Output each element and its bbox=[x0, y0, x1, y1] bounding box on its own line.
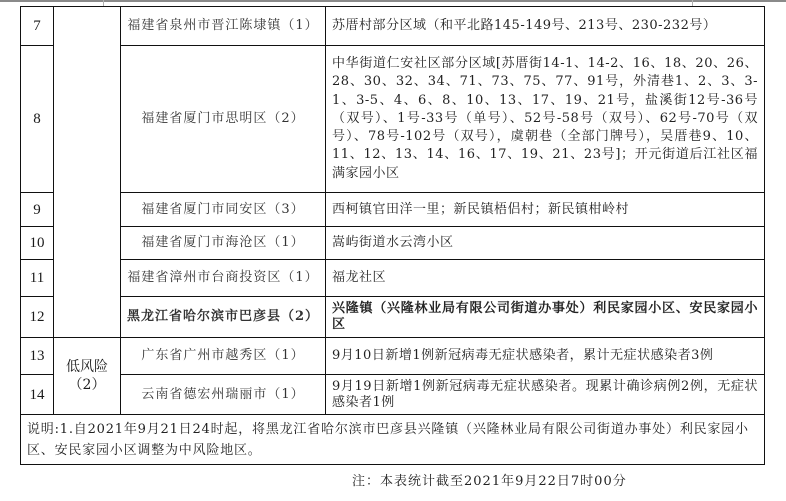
page-top-rule bbox=[0, 0, 786, 2]
area-cell: 9月19日新增1例新冠病毒无症状感染者。现累计确诊病例2例，无症状感染者1例 bbox=[326, 375, 765, 415]
row-number: 13 bbox=[21, 338, 54, 375]
region-cell: 广东省广州市越秀区（1） bbox=[121, 338, 326, 375]
risk-level-label: 低风险 bbox=[60, 358, 114, 376]
notes-cell: 说明:1.自2021年9月21日24时起，将黑龙江省哈尔滨市巴彦县兴隆镇（兴隆林… bbox=[21, 415, 765, 465]
area-cell: 9月10日新增1例新冠病毒无症状感染者，累计无症状感染者3例 bbox=[326, 338, 765, 375]
table-row: 12 黑龙江省哈尔滨市巴彦县（2） 兴隆镇（兴隆林业局有限公司街道办事处）利民家… bbox=[21, 297, 765, 338]
region-cell: 福建省厦门市同安区（3） bbox=[121, 193, 326, 227]
area-cell: 中华街道仁安社区部分区域[苏厝街14-1、14-2、16、18、20、26、28… bbox=[326, 46, 765, 193]
area-cell: 苏厝村部分区域（和平北路145-149号、213号、230-232号） bbox=[326, 7, 765, 46]
region-cell: 黑龙江省哈尔滨市巴彦县（2） bbox=[121, 297, 326, 338]
region-cell: 福建省厦门市思明区（2） bbox=[121, 46, 326, 193]
risk-area-table: 7 福建省泉州市晋江陈埭镇（1） 苏厝村部分区域（和平北路145-149号、21… bbox=[20, 6, 765, 465]
row-number: 10 bbox=[21, 227, 54, 260]
risk-level-cell-empty bbox=[54, 7, 121, 338]
table-row: 13 低风险 （2） 广东省广州市越秀区（1） 9月10日新增1例新冠病毒无症状… bbox=[21, 338, 765, 375]
row-number: 9 bbox=[21, 193, 54, 227]
table-row: 8 福建省厦门市思明区（2） 中华街道仁安社区部分区域[苏厝街14-1、14-2… bbox=[21, 46, 765, 193]
table-row: 14 云南省德宏州瑞丽市（1） 9月19日新增1例新冠病毒无症状感染者。现累计确… bbox=[21, 375, 765, 415]
row-number: 11 bbox=[21, 260, 54, 297]
row-number: 12 bbox=[21, 297, 54, 338]
table-row: 10 福建省厦门市海沧区（1） 嵩屿街道水云湾小区 bbox=[21, 227, 765, 260]
notes-row: 说明:1.自2021年9月21日24时起，将黑龙江省哈尔滨市巴彦县兴隆镇（兴隆林… bbox=[21, 415, 765, 465]
risk-level-count: （2） bbox=[60, 376, 114, 394]
area-cell: 福龙社区 bbox=[326, 260, 765, 297]
region-cell: 福建省漳州市台商投资区（1） bbox=[121, 260, 326, 297]
table-row: 11 福建省漳州市台商投资区（1） 福龙社区 bbox=[21, 260, 765, 297]
region-cell: 云南省德宏州瑞丽市（1） bbox=[121, 375, 326, 415]
area-cell: 西柯镇官田洋一里；新民镇梧侣村；新民镇柑岭村 bbox=[326, 193, 765, 227]
region-cell: 福建省泉州市晋江陈埭镇（1） bbox=[121, 7, 326, 46]
row-number: 8 bbox=[21, 46, 54, 193]
table-row: 9 福建省厦门市同安区（3） 西柯镇官田洋一里；新民镇梧侣村；新民镇柑岭村 bbox=[21, 193, 765, 227]
footer-note: 注：本表统计截至2021年9月22日7时00分 bbox=[352, 470, 627, 489]
row-number: 14 bbox=[21, 375, 54, 415]
table-row: 7 福建省泉州市晋江陈埭镇（1） 苏厝村部分区域（和平北路145-149号、21… bbox=[21, 7, 765, 46]
area-cell: 嵩屿街道水云湾小区 bbox=[326, 227, 765, 260]
row-number: 7 bbox=[21, 7, 54, 46]
region-cell: 福建省厦门市海沧区（1） bbox=[121, 227, 326, 260]
area-cell: 兴隆镇（兴隆林业局有限公司街道办事处）利民家园小区、安民家园小区 bbox=[326, 297, 765, 338]
risk-level-low: 低风险 （2） bbox=[54, 338, 121, 415]
